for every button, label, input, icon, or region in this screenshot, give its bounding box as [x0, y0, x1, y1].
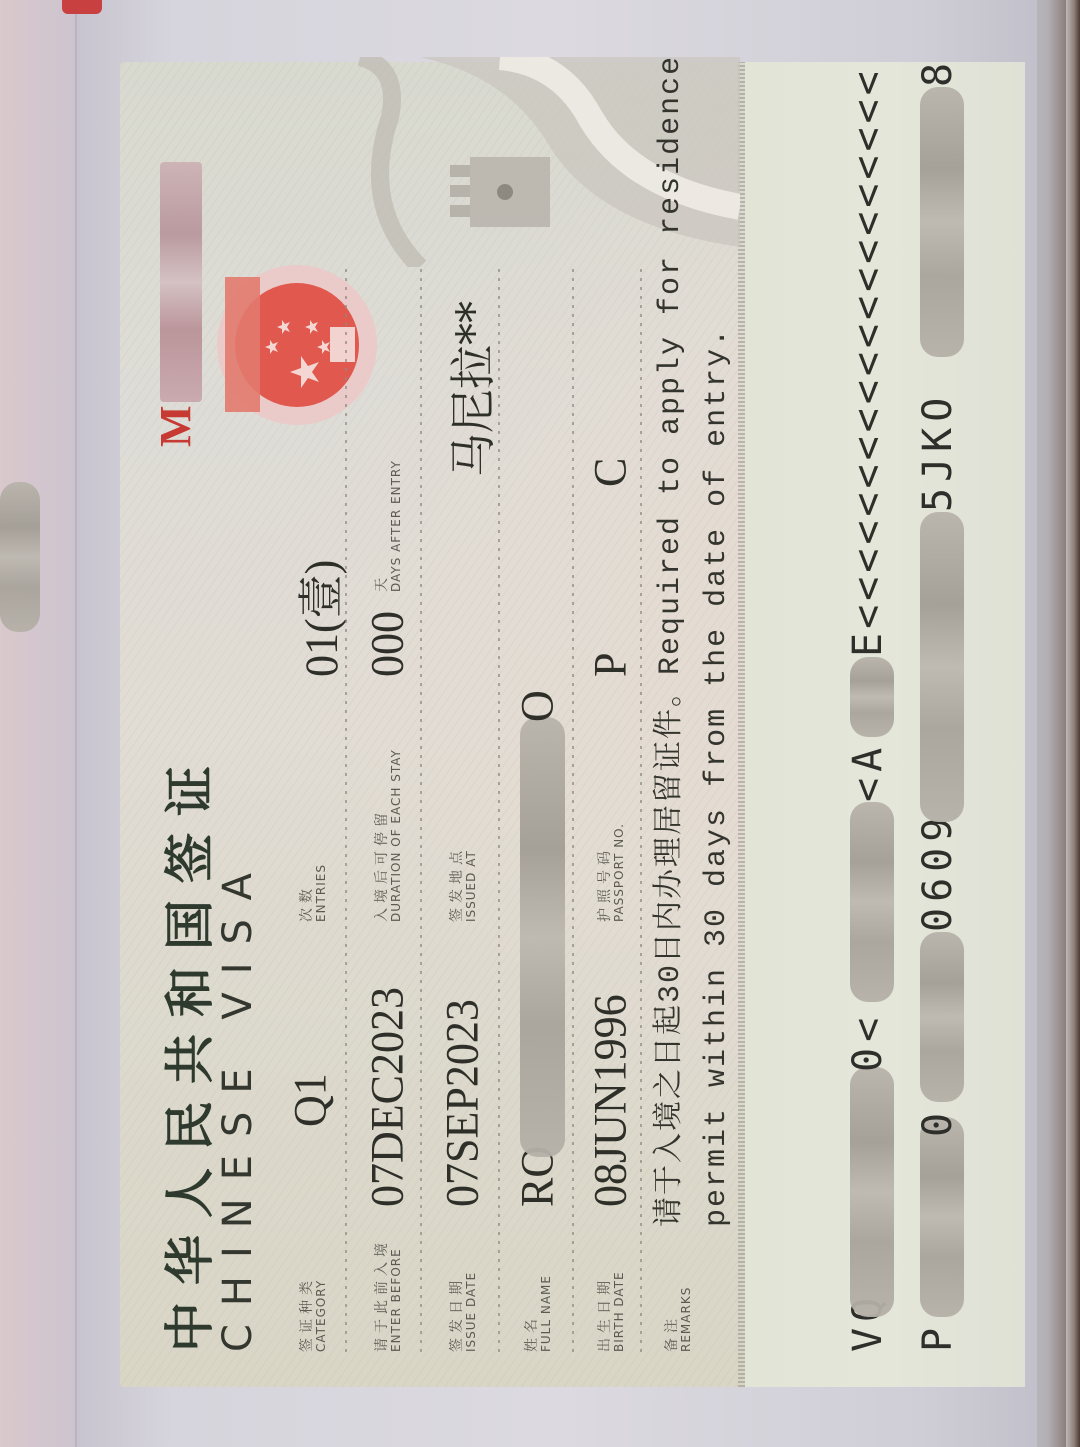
label-duration-unit: 天 DAYS AFTER ENTRY — [375, 460, 402, 592]
mrz-line-2-mid3: 5JKO — [915, 392, 961, 512]
national-emblem-icon — [205, 257, 380, 432]
mrz-line-1-end: E<<<<<<<<<<<<<<<<<<<< — [845, 67, 891, 657]
visa-serial-prefix: M — [150, 405, 201, 447]
separator — [498, 267, 500, 1352]
label-remarks: 备注 REMARKS — [665, 1287, 692, 1352]
separator — [572, 267, 574, 1352]
value-category: Q1 — [284, 1073, 338, 1127]
mrz-line-2-mid2: 0609 — [915, 812, 961, 932]
label-entries: 次数 ENTRIES — [300, 864, 327, 922]
label-enter-before: 请于此前入境 ENTER BEFORE — [375, 1238, 402, 1352]
visa-sticker: 中华人民共和国签证 CHINESE VISA M 签证种类 CATEGORY Q… — [0, 0, 1080, 1447]
label-full-name: 姓名 FULL NAME — [525, 1275, 552, 1352]
label-passport-no: 护照号码 PASSPORT NO. — [598, 823, 625, 922]
label-issued-at: 签发地点 ISSUED AT — [450, 846, 477, 922]
redacted-passport-no — [0, 482, 40, 632]
redacted-mrz-1c — [850, 657, 894, 737]
separator — [420, 267, 422, 1352]
value-passport-no-end: C — [584, 458, 638, 487]
value-full-name-end: O — [511, 690, 565, 722]
mrz-line-2-start: P — [915, 1322, 961, 1352]
value-entries: 01(壹) — [283, 560, 350, 677]
mrz-line-1-mid: 0< — [845, 1012, 891, 1072]
separator — [640, 267, 642, 1352]
redacted-serial-number — [160, 162, 202, 402]
mrz-line-2-mid: 0 — [915, 1107, 961, 1137]
label-category: 签证种类 CATEGORY — [300, 1276, 327, 1352]
label-issue-date: 签发日期 ISSUE DATE — [450, 1272, 477, 1352]
remarks-line-2: permit within 30 days from the date of e… — [694, 55, 740, 1227]
redacted-mrz-2a — [920, 1117, 964, 1317]
redacted-mrz-2c — [920, 512, 964, 822]
value-issued-at: 马尼拉** — [435, 301, 502, 477]
separator — [345, 267, 347, 1352]
redacted-full-name — [520, 717, 565, 1157]
redacted-mrz-2b — [920, 932, 964, 1102]
value-birth-date: 08JUN1996 — [584, 994, 638, 1207]
label-birth-date: 出生日期 BIRTH DATE — [598, 1271, 625, 1352]
redacted-mrz-1b — [850, 802, 894, 1002]
remarks-text: 请于入境之日起30日内办理居留证件。Required to apply for … — [648, 55, 740, 1227]
visa-title-chinese: 中华人民共和国签证 — [150, 749, 222, 1352]
label-duration: 入境后可停留 DURATION OF EACH STAY — [375, 749, 402, 922]
mrz-line-1-mid2: <A — [845, 742, 891, 802]
value-issue-date: 07SEP2023 — [436, 999, 490, 1207]
value-duration: 000 — [361, 611, 415, 677]
redacted-mrz-2d — [920, 87, 964, 357]
value-passport-no-start: P — [584, 653, 638, 677]
visa-title-english: CHINESE VISA — [215, 855, 261, 1352]
redacted-mrz-1a — [850, 1067, 894, 1317]
value-enter-before: 07DEC2023 — [361, 987, 415, 1207]
mrz-line-2-end: 8 — [915, 57, 961, 87]
remarks-line-1: 请于入境之日起30日内办理居留证件。Required to apply for … — [648, 55, 694, 1227]
